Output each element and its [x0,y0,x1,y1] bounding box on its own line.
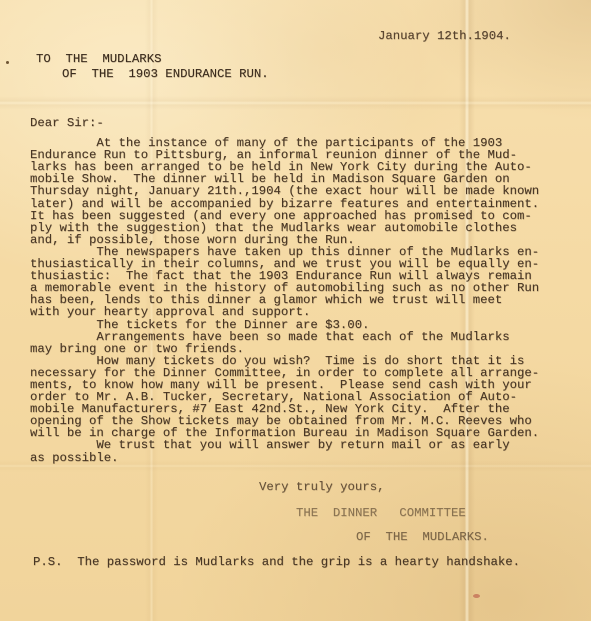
letter-body-line: later) and will be accompanied by bizarr… [30,198,578,210]
letter-body-line: We trust that you will answer by return … [30,439,578,451]
postscript-line: P.S. The password is Mudlarks and the gr… [33,556,520,568]
recipient-line-2: OF THE 1903 ENDURANCE RUN. [36,67,269,82]
letter-body-line: may bring one or two friends. [30,343,578,355]
letter-body-lines: At the instance of many of the participa… [30,137,578,464]
closing-line: Very truly yours, [259,481,384,493]
salutation: Dear Sir:- [30,117,578,129]
recipient-line-1: TO THE MUDLARKS [36,52,269,67]
letter-body-line: as possible. [30,452,578,464]
letter-body-line: with your hearty approval and support. [30,306,578,318]
letter-body-line: Thursday night, January 21th.,1904 (the … [30,185,578,197]
fold-crease-horizontal-top [0,96,591,110]
recipient-block: TO THE MUDLARKS OF THE 1903 ENDURANCE RU… [36,52,269,82]
paper-stain [473,594,480,598]
letter-body-line: It has been suggested (and every one app… [30,210,578,222]
letter-page: January 12th.1904. TO THE MUDLARKS OF TH… [0,0,591,621]
letter-body: Dear Sir:- At the instance of many of th… [30,117,578,464]
letter-body-line: Arrangements have been so made that each… [30,331,578,343]
letter-body-line: The tickets for the Dinner are $3.00. [30,319,578,331]
letter-date: January 12th.1904. [378,30,511,42]
paper-speck [6,61,9,64]
signature-line-2: OF THE MUDLARKS. [356,531,489,543]
signature-line-1: THE DINNER COMMITTEE [296,507,466,519]
